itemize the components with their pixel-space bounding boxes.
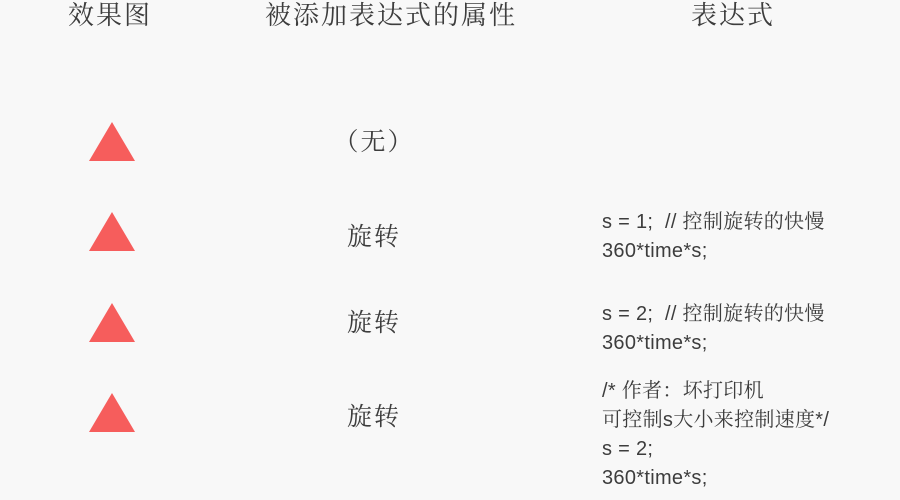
red-triangle-icon <box>89 212 135 251</box>
expression-code-commented: /* 作者：坏打印机 可控制s大小来控制速度*/ s = 2; 360*time… <box>602 377 829 493</box>
property-cell-rotation: 旋转 <box>224 222 524 252</box>
red-triangle-icon <box>89 303 135 342</box>
property-cell-none: （无） <box>224 127 524 157</box>
expression-code-speed1: s = 1; // 控制旋转的快慢 360*time*s; <box>602 208 825 266</box>
expression-tutorial-table: 效果图 被添加表达式的属性 表达式 （无） 旋转 s = 1; // 控制旋转的… <box>0 0 900 500</box>
column-header-property-with-expression: 被添加表达式的属性 <box>241 0 541 30</box>
red-triangle-icon <box>89 122 135 161</box>
column-header-expression: 表达式 <box>583 0 883 30</box>
red-triangle-icon <box>89 393 135 432</box>
property-cell-rotation: 旋转 <box>224 308 524 338</box>
column-header-effect-image: 效果图 <box>0 0 220 30</box>
property-cell-rotation: 旋转 <box>224 402 524 432</box>
expression-code-speed2: s = 2; // 控制旋转的快慢 360*time*s; <box>602 300 825 358</box>
